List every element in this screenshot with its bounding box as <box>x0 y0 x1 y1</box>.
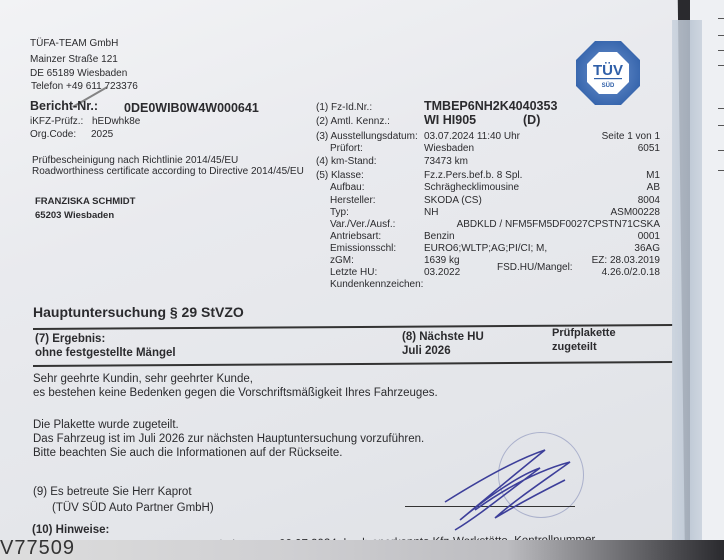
vehicle-field-label: Aufbau: <box>330 182 364 194</box>
svg-text:TÜV: TÜV <box>593 62 623 79</box>
vehicle-field-extra: ABDKLD / NFM5FM5DF0027CPSTN71CSKA <box>457 219 660 231</box>
vehicle-field-extra: AB <box>647 182 660 194</box>
ikfz-value: hEDwhk8e <box>92 116 140 128</box>
inspection-report-document: TÜFA-TEAM GmbH Mainzer Straße 121 DE 651… <box>0 0 706 548</box>
vehicle-field-extra: 6051 <box>638 143 660 155</box>
vehicle-field-value: 03.07.2024 11:40 Uhr <box>424 131 520 143</box>
svg-text:SÜD: SÜD <box>602 82 615 89</box>
vehicle-field-value: 03.2022 <box>424 267 460 279</box>
plakette-label: Prüfplakette <box>552 327 616 339</box>
notes-label: (10) Hinweise: <box>32 524 109 536</box>
vehicle-field-label: (3) Ausstellungsdatum: <box>316 131 418 143</box>
vehicle-field-value: SKODA (CS) <box>424 195 482 207</box>
vehicle-field-value: Benzin <box>424 231 455 243</box>
underlying-slip <box>0 540 724 560</box>
issuer-phone: Telefon +49 611 723376 <box>31 81 138 93</box>
vehicle-field-value: WI HI905 <box>424 114 476 126</box>
org-value: 2025 <box>91 129 113 141</box>
vehicle-field-extra: Seite 1 von 1 <box>602 131 660 143</box>
vehicle-field-value: 1639 kg <box>424 255 460 267</box>
vehicle-field-label: Hersteller: <box>330 195 376 207</box>
vehicle-field-value: TMBEP6NH2K4040353 <box>424 100 557 112</box>
ikfz-label: iKFZ-Prüfz.: <box>30 116 83 128</box>
certificate-en: Roadworthiness certificate according to … <box>32 166 304 178</box>
plakette-value: zugeteilt <box>552 341 597 353</box>
vehicle-field-extra: ASM00228 <box>611 207 660 219</box>
vehicle-field-extra: 4.26.0/2.0.18 <box>602 267 660 279</box>
vehicle-field-label: Prüfort: <box>330 143 363 155</box>
issuer-company: TÜFA-TEAM GmbH <box>30 38 118 50</box>
vehicle-field-value: NH <box>424 207 438 219</box>
vehicle-field-value: Schräghecklimousine <box>424 182 519 194</box>
inspector-line-1: (9) Es betreute Sie Herr Kaprot <box>33 486 192 498</box>
letter-line-2: Die Plakette wurde zugeteilt. <box>33 419 179 431</box>
vehicle-field-label: (1) Fz-Id.Nr.: <box>316 102 372 114</box>
next-hu-label: (8) Nächste HU <box>402 331 484 343</box>
letter-line-1: es bestehen keine Bedenken gegen die Vor… <box>33 387 438 399</box>
customer-city: 65203 Wiesbaden <box>35 210 114 222</box>
result-value: ohne festgestellte Mängel <box>35 347 176 359</box>
vehicle-field-value: Wiesbaden <box>424 143 474 155</box>
report-no: 0DE0WIB0W4W000641 <box>124 102 259 114</box>
underlying-slip-code: V77509 <box>0 537 75 560</box>
vehicle-field-label: Antriebsart: <box>330 231 381 243</box>
report-no-label: Bericht-Nr.: <box>30 100 98 112</box>
vehicle-field-value: EURO6;WLTP;AG;PI/CI; M, <box>424 243 547 255</box>
letter-greeting: Sehr geehrte Kundin, sehr geehrter Kunde… <box>33 373 253 385</box>
vehicle-field-label: (5) Klasse: <box>316 170 364 182</box>
tuv-sud-logo-icon: TÜV SÜD <box>575 40 641 106</box>
vehicle-field-extra: 8004 <box>638 195 660 207</box>
paper-fold-shadow <box>672 20 702 548</box>
divider <box>33 361 673 366</box>
issuer-city: DE 65189 Wiesbaden <box>30 68 127 80</box>
org-label: Org.Code: <box>30 129 76 141</box>
vehicle-field-extra: (D) <box>523 114 540 126</box>
vehicle-field-extra: 0001 <box>638 231 660 243</box>
vehicle-field-value: Fz.z.Pers.bef.b. 8 Spl. <box>424 170 522 182</box>
next-hu-value: Juli 2026 <box>402 345 451 357</box>
vehicle-field-extra: 36AG <box>634 243 660 255</box>
section-title: Hauptuntersuchung § 29 StVZO <box>33 306 244 318</box>
signature-icon <box>420 440 590 540</box>
fsd-label: FSD.HU/Mangel: <box>497 262 573 274</box>
vehicle-field-label: (2) Amtl. Kennz.: <box>316 116 390 128</box>
vehicle-field-value: 73473 km <box>424 156 468 168</box>
inspector-line-2: (TÜV SÜD Auto Partner GmbH) <box>52 502 214 514</box>
vehicle-field-label: Var./Ver./Ausf.: <box>330 219 395 231</box>
issuer-street: Mainzer Straße 121 <box>30 54 118 66</box>
vehicle-field-label: Kundenkennzeichen: <box>330 279 423 291</box>
vehicle-field-extra: EZ: 28.03.2019 <box>592 255 660 267</box>
vehicle-field-extra: M1 <box>646 170 660 182</box>
customer-name: FRANZISKA SCHMIDT <box>35 196 135 208</box>
vehicle-field-label: Typ: <box>330 207 349 219</box>
letter-line-3: Das Fahrzeug ist im Juli 2026 zur nächst… <box>33 433 424 445</box>
letter-line-4: Bitte beachten Sie auch die Informatione… <box>33 447 342 459</box>
vehicle-field-label: Emissionsschl: <box>330 243 396 255</box>
vehicle-field-label: Letzte HU: <box>330 267 377 279</box>
vehicle-field-label: zGM: <box>330 255 354 267</box>
vehicle-field-label: (4) km-Stand: <box>316 156 377 168</box>
result-label: (7) Ergebnis: <box>35 333 105 345</box>
